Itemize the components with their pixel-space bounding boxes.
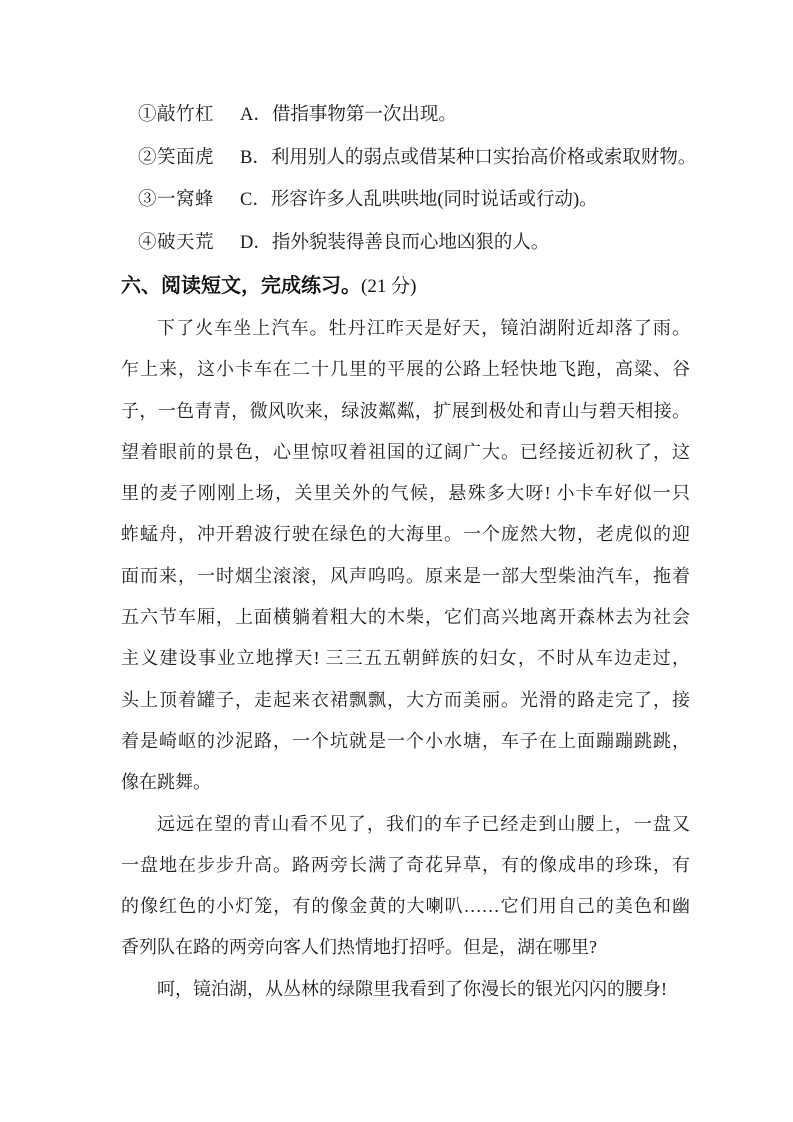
passage-line: 里的麦子刚刚上场，关里关外的气候，悬殊多大呀! 小卡车好似一只 [121,473,690,514]
idiom-text: 一窝蜂 [157,190,214,210]
matching-exercise: ①敲竹杠A．借指事物第一次出现。②笑面虎B．利用别人的弱点或借某种口实抬高价格或… [121,94,711,265]
item-number: ① [138,105,157,125]
item-number: ② [138,148,157,168]
passage-line: 主义建设事业立地撑天! 三三五五朝鲜族的妇女，不时从车边走过， [121,638,690,679]
section-points: (21 分) [361,276,416,297]
section-title: 六、阅读短文，完成练习。 [121,275,361,297]
definition: C．形容许多人乱哄哄地(同时说话或行动)。 [240,179,711,222]
idiom-text: 笑面虎 [157,148,214,168]
passage-line: 下了火车坐上汽车。牡丹江昨天是好天，镜泊湖附近却落了雨。 [121,308,690,349]
idiom-term: ②笑面虎 [138,137,240,180]
idiom-term: ①敲竹杠 [138,94,240,137]
idiom-term: ③一窝蜂 [138,179,240,222]
option-letter: C． [240,190,271,210]
passage-line: 五六节车厢，上面横躺着粗大的木柴，它们高兴地离开森林去为社会 [121,597,690,638]
passage-line: 子，一色青青，微风吹来，绿波粼粼，扩展到极处和青山与碧天相接。 [121,391,690,432]
passage-line: 香列队在路的两旁向客人们热情地打招呼。但是，湖在哪里? [121,927,690,968]
idiom-text: 敲竹杠 [157,105,214,125]
passage-line: 呵，镜泊湖，从丛林的绿隙里我看到了你漫长的银光闪闪的腰身! [121,969,690,1010]
idiom-text: 破天荒 [157,233,214,253]
passage-line: 面而来，一时烟尘滚滚，风声呜呜。原来是一部大型柴油汽车，拖着 [121,556,690,597]
passage-line: 望着眼前的景色，心里惊叹着祖国的辽阔广大。已经接近初秋了，这 [121,432,690,473]
passage-line: 乍上来，这小卡车在二十几里的平展的公路上轻快地飞跑，高粱、谷 [121,349,690,390]
option-letter: A． [240,105,272,125]
passage-line: 一盘地在步步升高。路两旁长满了奇花异草，有的像成串的珍珠，有 [121,845,690,886]
passage-line: 蚱蜢舟，冲开碧波行驶在绿色的大海里。一个庞然大物，老虎似的迎 [121,514,690,555]
matching-row: ①敲竹杠A．借指事物第一次出现。 [121,94,711,137]
definition-text: 借指事物第一次出现。 [272,105,457,125]
passage-line: 的像红色的小灯笼，有的像金黄的大喇叭……它们用自己的美色和幽 [121,886,690,927]
item-number: ③ [138,190,157,210]
definition: A．借指事物第一次出现。 [240,94,711,137]
definition: B．利用别人的弱点或借某种口实抬高价格或索取财物。 [240,137,711,180]
definition-text: 指外貌装得善良而心地凶狠的人。 [272,233,550,253]
matching-row: ②笑面虎B．利用别人的弱点或借某种口实抬高价格或索取财物。 [121,137,711,180]
definition: D．指外貌装得善良而心地凶狠的人。 [240,222,711,265]
reading-passage: 下了火车坐上汽车。牡丹江昨天是好天，镜泊湖附近却落了雨。乍上来，这小卡车在二十几… [121,308,690,1010]
passage-line: 远远在望的青山看不见了，我们的车子已经走到山腰上，一盘又 [121,804,690,845]
option-letter: D． [240,233,272,253]
option-letter: B． [240,148,271,168]
idiom-term: ④破天荒 [138,222,240,265]
matching-row: ④破天荒D．指外貌装得善良而心地凶狠的人。 [121,222,711,265]
matching-row: ③一窝蜂C．形容许多人乱哄哄地(同时说话或行动)。 [121,179,711,222]
definition-text: 形容许多人乱哄哄地(同时说话或行动)。 [271,190,598,210]
item-number: ④ [138,233,157,253]
definition-text: 利用别人的弱点或借某种口实抬高价格或索取财物。 [271,148,697,168]
passage-line: 像在跳舞。 [121,762,690,803]
passage-line: 着是崎岖的沙泥路，一个坑就是一个小水塘，车子在上面蹦蹦跳跳， [121,721,690,762]
passage-line: 头上顶着罐子，走起来衣裙飘飘，大方而美丽。光滑的路走完了，接 [121,680,690,721]
worksheet-page: ①敲竹杠A．借指事物第一次出现。②笑面虎B．利用别人的弱点或借某种口实抬高价格或… [0,0,793,1122]
section-header: 六、阅读短文，完成练习。(21 分) [121,271,416,302]
